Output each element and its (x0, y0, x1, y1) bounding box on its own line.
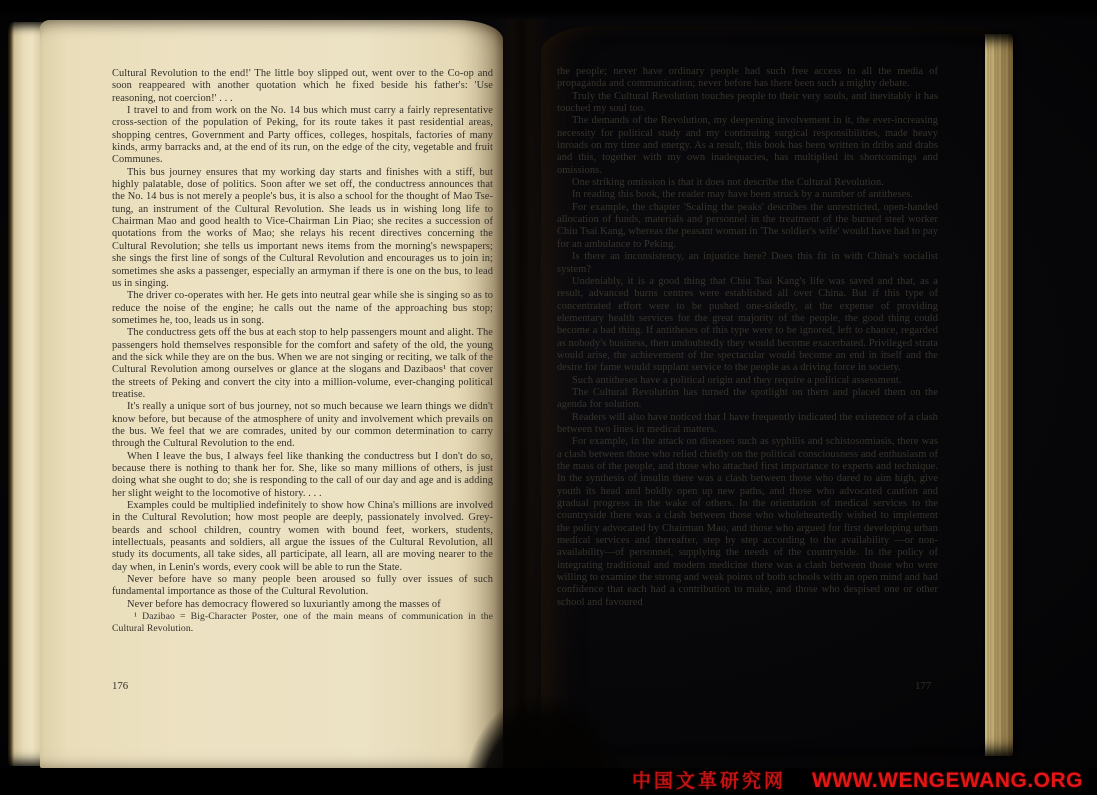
paragraph: Examples could be multiplied indefinitel… (112, 500, 493, 574)
paragraph: I travel to and from work on the No. 14 … (112, 105, 493, 167)
paragraph: Never before has democracy flowered so l… (112, 599, 493, 611)
top-shadow (0, 0, 1097, 20)
bottom-black-bar: 中国文革研究网 WWW.WENGEWANG.ORG (0, 768, 1097, 795)
paragraph: For example, in the attack on diseases s… (557, 436, 938, 609)
paragraph: The driver co-operates with her. He gets… (112, 290, 493, 327)
left-page-text: Cultural Revolution to the end!' The lit… (112, 68, 493, 634)
paragraph: The conductress gets off the bus at each… (112, 327, 493, 401)
paragraph: Cultural Revolution to the end!' The lit… (112, 68, 493, 105)
paragraph: Undeniably, it is a good thing that Chiu… (557, 276, 938, 375)
paragraph: This bus journey ensures that my working… (112, 167, 493, 290)
paragraph: Readers will also have noticed that I ha… (557, 412, 938, 437)
paragraph: One striking omission is that it does no… (557, 177, 938, 189)
paragraph: Such antitheses have a political origin … (557, 375, 938, 387)
paragraph: The demands of the Revolution, my deepen… (557, 115, 938, 177)
watermark-site-url: WWW.WENGEWANG.ORG (812, 769, 1083, 793)
right-page-text: the people; never have ordinary people h… (557, 66, 938, 609)
footnote: ¹ Dazibao = Big-Character Poster, one of… (112, 611, 493, 634)
paragraph: For example, the chapter 'Scaling the pe… (557, 202, 938, 251)
paragraph: the people; never have ordinary people h… (557, 66, 938, 91)
right-page-number: 177 (915, 680, 931, 692)
paragraph: Never before have so many people been ar… (112, 574, 493, 599)
paragraph: The Cultural Revolution has turned the s… (557, 387, 938, 412)
paragraph: In reading this book, the reader may hav… (557, 189, 938, 201)
right-page-edges (985, 34, 1013, 756)
watermark: 中国文革研究网 WWW.WENGEWANG.ORG (632, 766, 1083, 793)
left-page-number: 176 (112, 680, 128, 692)
paragraph: It's really a unique sort of bus journey… (112, 401, 493, 450)
paragraph: Truly the Cultural Revolution touches pe… (557, 91, 938, 116)
paragraph: When I leave the bus, I always feel like… (112, 451, 493, 500)
book-photo: Cultural Revolution to the end!' The lit… (0, 0, 1097, 795)
left-page-edges (8, 22, 42, 766)
watermark-site-name: 中国文革研究网 (632, 766, 786, 793)
paragraph: Is there an inconsistency, an injustice … (557, 251, 938, 276)
